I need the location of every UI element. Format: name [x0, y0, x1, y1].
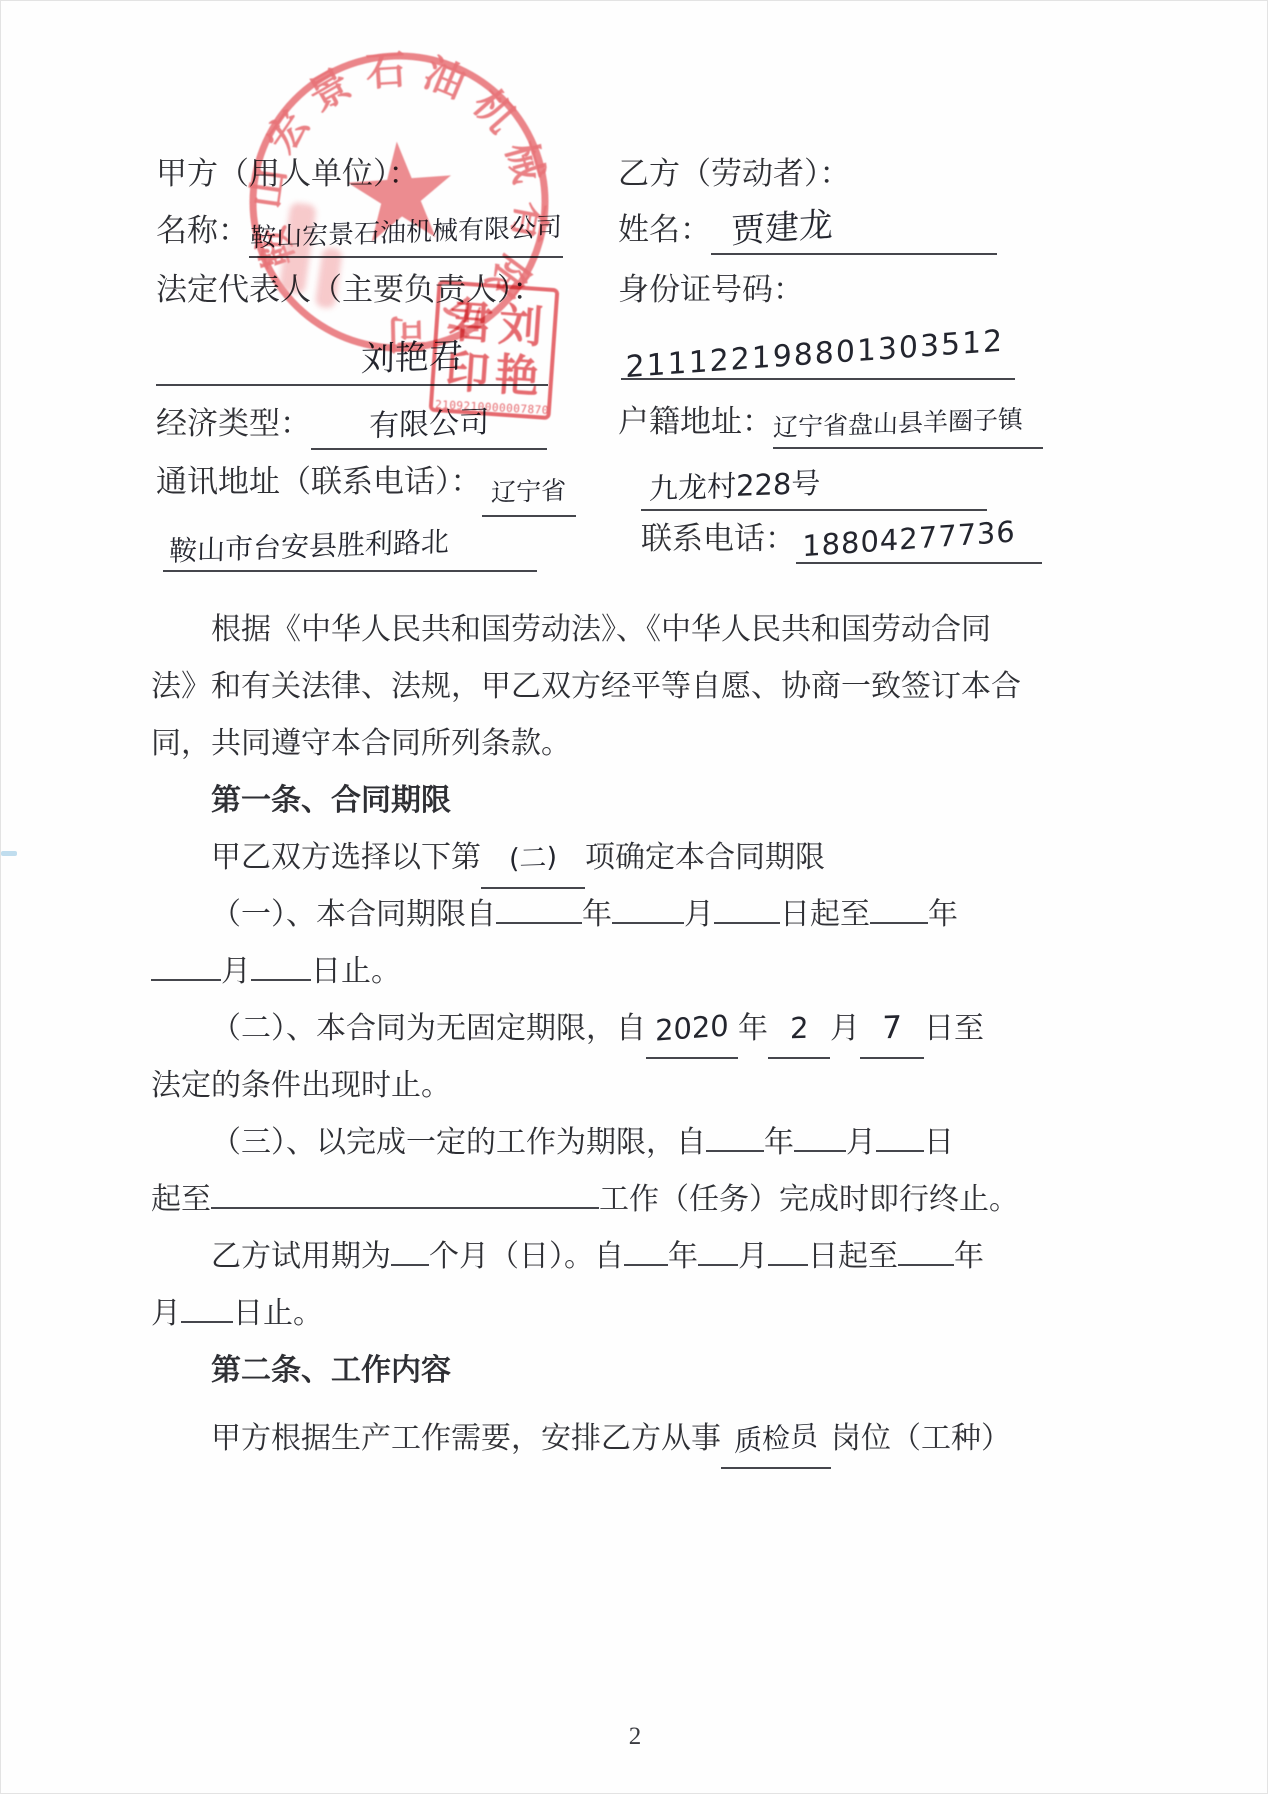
party-a-address-field-1: 辽宁省 [482, 467, 576, 517]
probation-line-2: 月日止。 [151, 1285, 1035, 1342]
text-segment: 日 [924, 1126, 954, 1159]
work-content-line: 甲方根据生产工作需要，安排乙方从事质检员岗位（工种） [151, 1410, 1035, 1467]
open-term-line-1: （二）、本合同为无固定期限，自2020年2月7日至 [151, 1000, 1035, 1057]
handwritten-start-year: 2020 [655, 997, 729, 1059]
party-b-name-row: 姓名：贾建龙 [618, 206, 997, 255]
party-a-legal-rep-field: 刘艳君 [156, 337, 548, 386]
party-b-residence-row-2: 九龙村228号 [641, 463, 987, 511]
party-a-name-field: 鞍山宏景石油机械有限公司 [249, 208, 563, 258]
start-day-field: 7 [860, 1000, 924, 1059]
page-number: 2 [1, 1723, 1268, 1751]
scan-artifact [1, 851, 17, 856]
party-b-name-field: 贾建龙 [711, 206, 997, 255]
text-segment: 月 [830, 1012, 860, 1045]
party-b-phone-label: 联系电话： [641, 521, 796, 556]
task-term-line-1: （三）、以完成一定的工作为期限，自年月日 [151, 1114, 1035, 1171]
text-segment: 月 [738, 1240, 768, 1273]
term-select-field: (二) [481, 829, 585, 889]
start-month-field: 2 [768, 1000, 830, 1059]
text-segment: 年 [954, 1240, 984, 1273]
contract-body: 根据《中华人民共和国劳动法》、《中华人民共和国劳动合同 法》和有关法律、法规，甲… [151, 601, 1035, 1467]
party-b-residence-field-1: 辽宁省盘山县羊圈子镇 [773, 399, 1043, 449]
blank-field [714, 922, 780, 924]
party-b-id-label: 身份证号码： [618, 267, 804, 313]
text-segment: （一）、本合同期限自 [211, 898, 496, 931]
intro-line-1: 根据《中华人民共和国劳动法》、《中华人民共和国劳动合同 [151, 601, 1035, 658]
text-segment: 个月（日）。自 [429, 1240, 624, 1273]
party-b-name-label: 姓名： [618, 212, 711, 247]
text-segment: 乙方试用期为 [211, 1240, 391, 1273]
handwritten-residence-line2: 九龙村228号 [641, 460, 821, 512]
text-segment: 日至 [924, 1012, 984, 1045]
blank-field [706, 1150, 764, 1152]
article2-heading: 第二条、工作内容 [151, 1342, 1035, 1399]
text-segment: 甲方根据生产工作需要，安排乙方从事 [211, 1422, 721, 1455]
handwritten-residence-line1: 辽宁省盘山县羊圈子镇 [773, 397, 1024, 452]
task-description-field [211, 1207, 599, 1209]
text-segment: 月 [151, 1297, 181, 1330]
text-segment: 工作（任务）完成时即行终止。 [599, 1183, 1019, 1216]
blank-field [698, 1264, 738, 1266]
blank-field [768, 1264, 808, 1266]
blank-field [612, 922, 684, 924]
blank-field [876, 1150, 924, 1152]
text-segment: 岗位（工种） [831, 1422, 1011, 1455]
text-segment: 年 [582, 898, 612, 931]
party-b-residence-field-2: 九龙村228号 [641, 463, 987, 511]
text-segment: 日起至 [780, 898, 870, 931]
probation-line-1: 乙方试用期为个月（日）。自年月日起至年 [151, 1228, 1035, 1285]
text-segment: （二）、本合同为无固定期限，自 [211, 1012, 646, 1045]
blank-field [496, 922, 582, 924]
article1-heading: 第一条、合同期限 [151, 772, 1035, 829]
task-term-line-2: 起至工作（任务）完成时即行终止。 [151, 1171, 1035, 1228]
text-segment: 月 [684, 898, 714, 931]
party-a-legal-rep-label: 法定代表人（主要负责人）： [156, 267, 544, 313]
text-segment: （三）、以完成一定的工作为期限，自 [211, 1126, 706, 1159]
fixed-term-line-1: （一）、本合同期限自年月日起至年 [151, 886, 1035, 943]
handwritten-company-name: 鞍山宏景石油机械有限公司 [250, 205, 563, 262]
intro-line-2: 法》和有关法律、法规，甲乙双方经平等自愿、协商一致签订本合 [151, 658, 1035, 715]
party-b-phone-field: 18804277736 [796, 516, 1042, 564]
party-a-economic-type-row: 经济类型：有限公司 [156, 401, 547, 450]
blank-field [898, 1264, 954, 1266]
round-seal-text: 鞍山宏景石油机械有限公司 [224, 27, 574, 377]
handwritten-id-number: 211122198801303512 [621, 319, 1004, 392]
handwritten-legal-rep-signature: 刘艳君 [241, 333, 464, 387]
party-a-economic-type-label: 经济类型： [156, 406, 311, 441]
intro-line-3: 同，共同遵守本合同所列条款。 [151, 715, 1035, 772]
company-round-seal: 鞍山宏景石油机械有限公司 ★ [224, 27, 574, 377]
party-a-economic-type-field: 有限公司 [311, 401, 547, 450]
text-segment: 年 [668, 1240, 698, 1273]
round-seal-graphic: 鞍山宏景石油机械有限公司 [224, 27, 574, 377]
handwritten-address-city: 鞍山市台安县胜利路北 [163, 519, 450, 575]
party-a-address-row: 通讯地址（联系电话）：辽宁省 [156, 459, 576, 509]
job-position-field: 质检员 [721, 1410, 831, 1469]
text-segment: 月 [846, 1126, 876, 1159]
term-select-prefix: 甲乙双方选择以下第 [211, 841, 481, 874]
text-segment: 日止。 [233, 1297, 323, 1330]
party-a-address-label: 通讯地址（联系电话）： [156, 464, 482, 499]
text-segment: 年 [928, 898, 958, 931]
handwritten-economic-type: 有限公司 [369, 400, 490, 450]
party-a-name-row: 名称：鞍山宏景石油机械有限公司 [156, 208, 563, 258]
handwritten-job-position: 质检员 [734, 1407, 818, 1470]
text-segment: 起至 [151, 1183, 211, 1216]
party-a-address-row-2: 鞍山市台安县胜利路北 [163, 523, 537, 572]
fixed-term-line-2: 月日止。 [151, 943, 1035, 1000]
contract-page: 甲方（用人单位）： 名称：鞍山宏景石油机械有限公司 法定代表人（主要负责人）： … [0, 0, 1268, 1794]
text-segment: 年 [738, 1012, 768, 1045]
blank-field [181, 1321, 233, 1323]
handwritten-start-day: 7 [882, 1000, 903, 1058]
term-select-suffix: 项确定本合同期限 [585, 841, 825, 874]
text-segment: 年 [764, 1126, 794, 1159]
blank-field [870, 922, 928, 924]
party-b-id-field: 211122198801303512 [621, 331, 1015, 380]
text-segment: 日止。 [311, 955, 401, 988]
handwritten-employee-name: 贾建龙 [711, 202, 833, 257]
party-b-phone-row: 联系电话：18804277736 [641, 516, 1042, 564]
party-a-title: 甲方（用人单位）： [156, 151, 420, 197]
handwritten-start-month: 2 [789, 1000, 808, 1058]
start-year-field: 2020 [646, 1000, 738, 1059]
blank-field [151, 979, 221, 981]
open-term-line-2: 法定的条件出现时止。 [151, 1057, 1035, 1114]
text-segment: 月 [221, 955, 251, 988]
blank-field [251, 979, 311, 981]
party-b-residence-label: 户籍地址： [618, 404, 773, 439]
term-select-line: 甲乙双方选择以下第(二)项确定本合同期限 [151, 829, 1035, 886]
blank-field [391, 1264, 429, 1266]
party-b-title: 乙方（劳动者）： [618, 151, 851, 197]
handwritten-address-province: 辽宁省 [491, 468, 567, 517]
text-segment: 日起至 [808, 1240, 898, 1273]
party-b-residence-row: 户籍地址：辽宁省盘山县羊圈子镇 [618, 399, 1043, 449]
blank-field [794, 1150, 846, 1152]
party-a-address-field-2: 鞍山市台安县胜利路北 [163, 523, 537, 572]
party-a-name-label: 名称： [156, 213, 249, 248]
blank-field [624, 1264, 668, 1266]
svg-text:鞍山宏景石油机械有限公司: 鞍山宏景石油机械有限公司 [224, 27, 574, 377]
party-a-legal-rep-row: 刘艳君 [156, 337, 548, 386]
handwritten-term-choice: (二) [508, 829, 557, 888]
handwritten-phone-number: 18804277736 [796, 508, 1015, 569]
party-b-id-row: 211122198801303512 [621, 331, 1015, 380]
